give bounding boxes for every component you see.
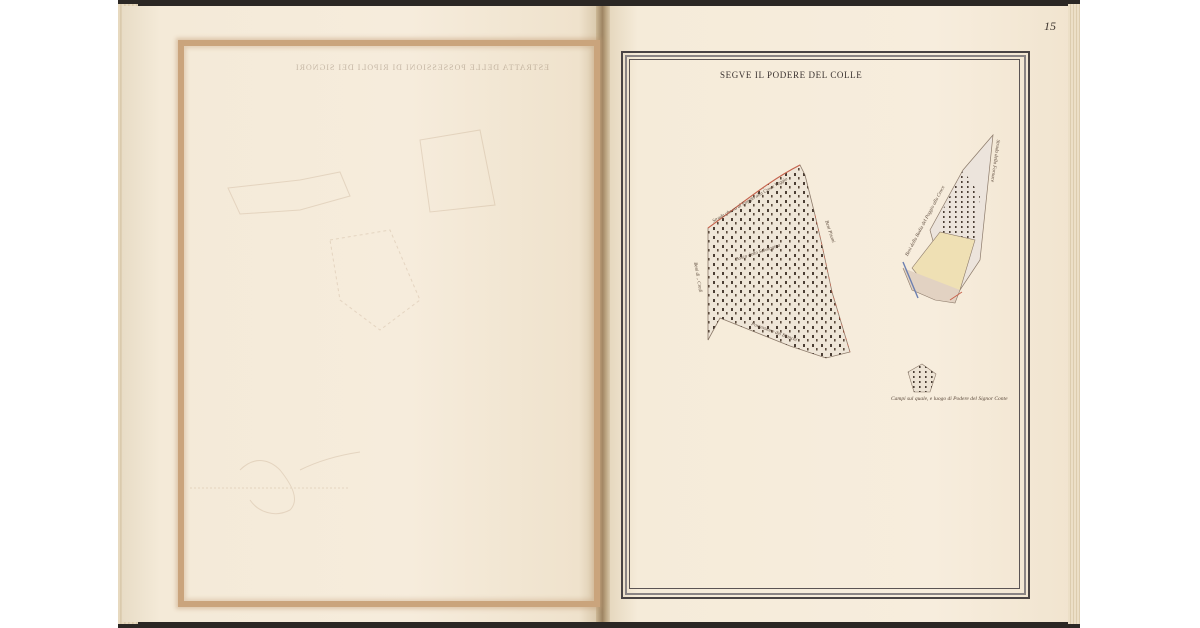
parcel-small <box>908 364 936 392</box>
map-caption: Campi sul quale, e luogo di Podere del S… <box>891 396 1008 402</box>
parcel-triangular <box>903 135 993 303</box>
parcel-wooded-large <box>708 165 850 358</box>
cadastral-map <box>0 0 1200 628</box>
